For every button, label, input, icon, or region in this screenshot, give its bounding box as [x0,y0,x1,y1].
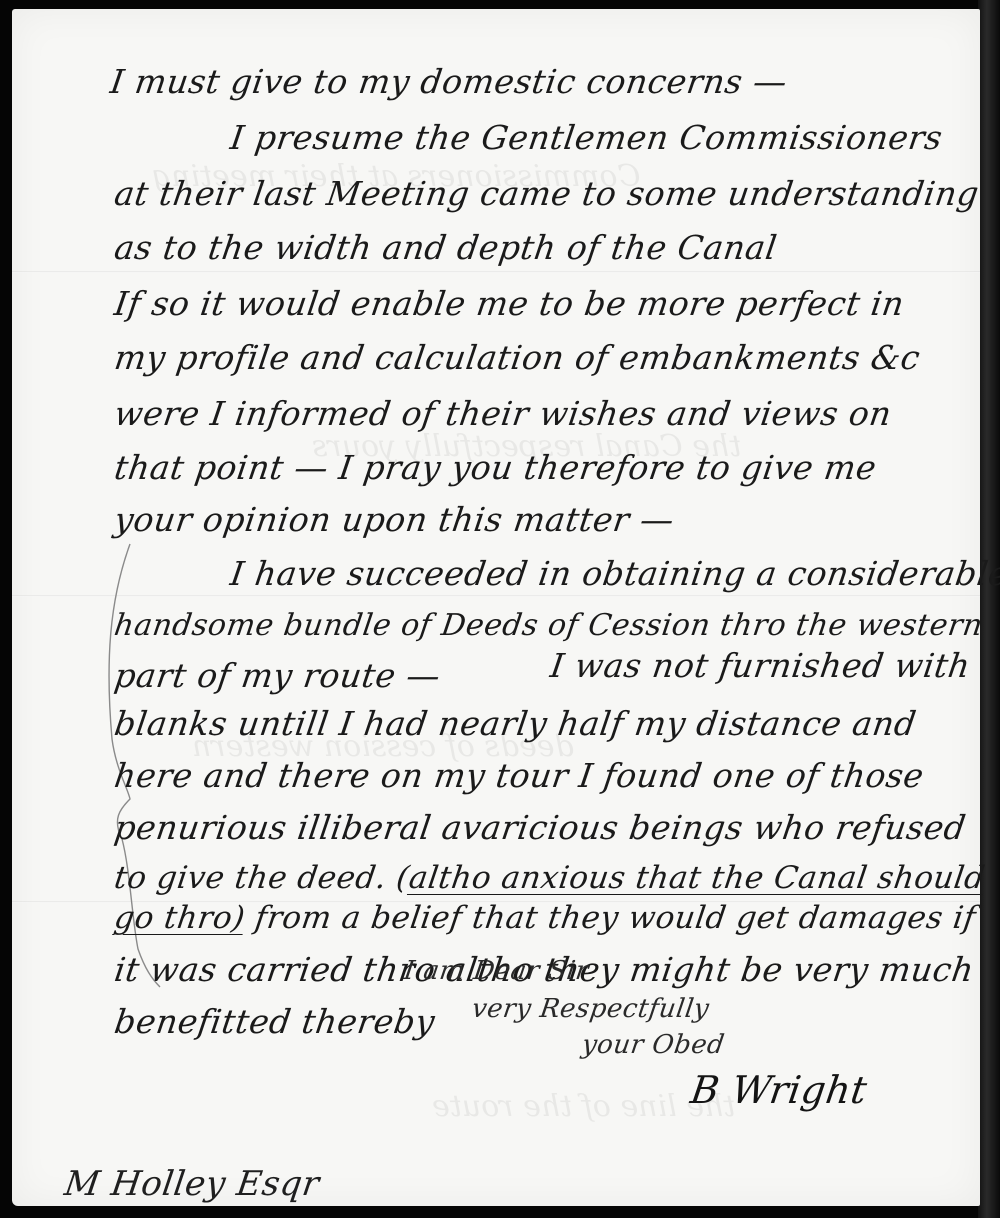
letter-line: here and there on my tour I found one of… [112,756,926,795]
letter-line: to give the deed. (altho anxious that th… [112,860,987,896]
letter-line: penurious illiberal avaricious beings wh… [112,808,969,847]
letter-line: I must give to my domestic concerns — [108,62,790,101]
letter-line: that point — I pray you therefore to giv… [112,448,879,487]
letter-line: at their last Meeting came to some under… [112,174,982,213]
letter-line: benefitted thereby [112,1002,437,1041]
letter-line: I presume the Gentlemen Commissioners [228,118,945,157]
letter-line: as to the width and depth of the Canal [112,228,780,267]
letter-line: handsome bundle of Deeds of Cession thro… [112,608,985,643]
underlined-phrase: altho anxious that the Canal should [407,860,988,896]
addressee: M Holley Esqr [62,1164,322,1204]
letter-line-rest: from a belief that they would get damage… [242,900,978,936]
letter-line: blanks untill I had nearly half my dista… [112,704,919,743]
signature: B Wright [688,1068,870,1112]
letter-line: were I informed of their wishes and view… [112,394,894,433]
letter-line: your opinion upon this matter — [112,500,677,539]
letter-line: I have succeeded in obtaining a consider… [228,554,1000,593]
letter-line-start: to give the deed. ( [112,860,412,896]
letter-line: go thro) from a belief that they would g… [112,900,978,936]
letter-line: my profile and calculation of embankment… [112,338,923,377]
letter-line: part of my route — [112,656,443,695]
closing-respectfully: very Respectfully [470,994,711,1024]
letter-line: I was not furnished with [548,646,973,685]
closing-obedient: your Obed [580,1030,726,1060]
closing-salutation: I am Dear Sir [402,956,591,986]
underlined-phrase: go thro) [112,900,247,936]
letter-line: If so it would enable me to be more perf… [112,284,907,323]
fold-line [12,271,980,273]
